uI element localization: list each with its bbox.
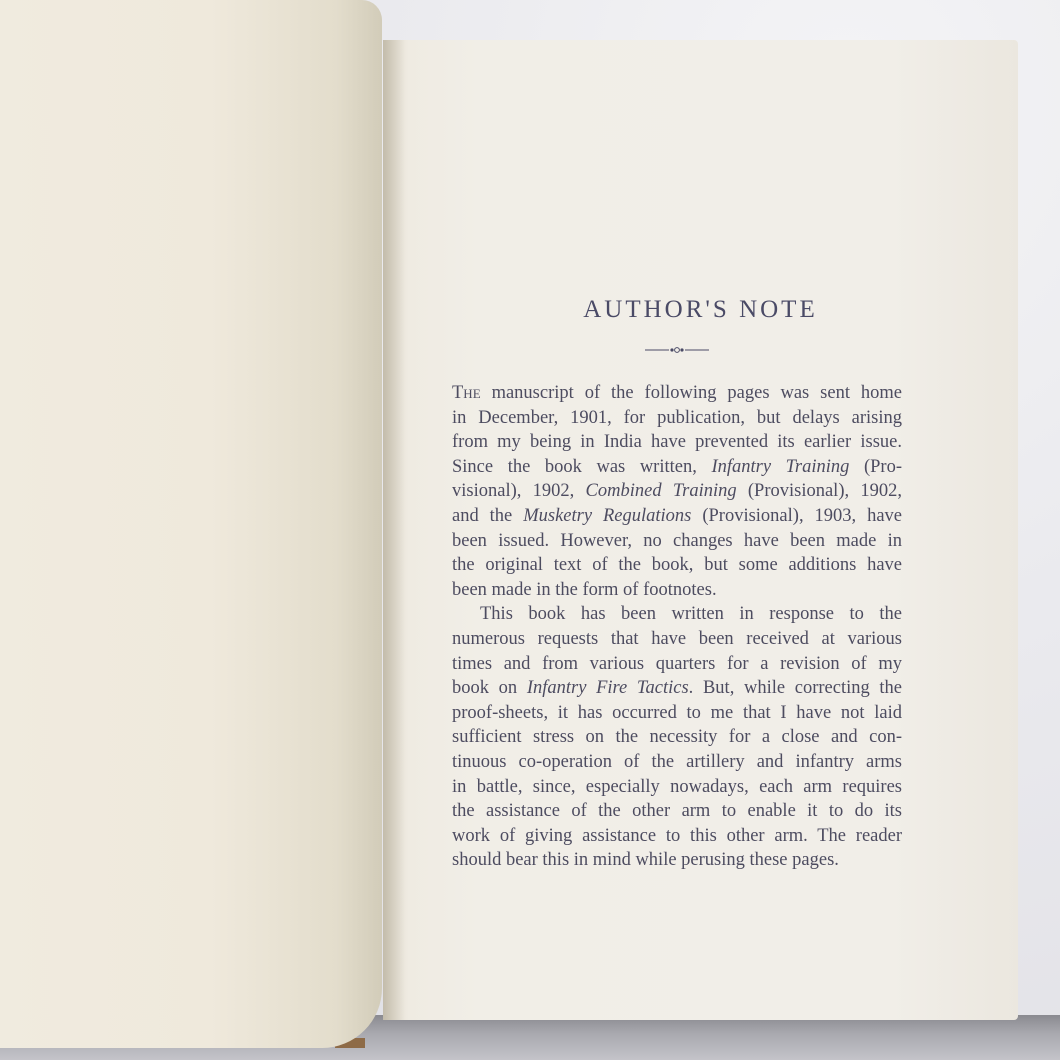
text-line: and the Musketry Regulations (Provisiona… xyxy=(452,504,902,529)
text-run: This book has been written in response t… xyxy=(480,604,902,624)
text-line: sufficient stress on the necessity for a… xyxy=(452,725,902,750)
text-run: times and from various quarters for a re… xyxy=(452,654,902,674)
book-title-text: Infantry Training xyxy=(711,457,849,477)
text-line: This book has been written in response t… xyxy=(452,602,902,627)
text-run: (Provisional), 1902, xyxy=(737,481,902,501)
text-line: times and from various quarters for a re… xyxy=(452,652,902,677)
text-run: from my being in India have prevented it… xyxy=(452,432,902,452)
paragraph: The manuscript of the following pages wa… xyxy=(452,381,902,602)
text-run: Since the book was written, xyxy=(452,457,711,477)
paragraph: This book has been written in response t… xyxy=(452,602,902,873)
page-gutter-shadow xyxy=(383,40,405,1020)
text-line: visional), 1902, Combined Training (Prov… xyxy=(452,479,902,504)
text-line: Since the book was written, Infantry Tra… xyxy=(452,455,902,480)
text-run: work of giving assistance to this other … xyxy=(452,826,902,846)
text-run: tinuous co-operation of the artillery an… xyxy=(452,752,902,772)
text-run: book on xyxy=(452,678,527,698)
text-run: should bear this in mind while perusing … xyxy=(452,850,839,870)
text-run: proof-sheets, it has occurred to me that… xyxy=(452,703,902,723)
text-run: . But, while correcting the xyxy=(689,678,902,698)
text-run: (Provisional), 1903, have xyxy=(691,506,902,526)
text-run: been made in the form of footnotes. xyxy=(452,580,717,600)
left-page-blank xyxy=(0,0,382,1048)
text-run: the original text of the book, but some … xyxy=(452,555,902,575)
book-title-text: Infantry Fire Tactics xyxy=(527,678,689,698)
text-line: book on Infantry Fire Tactics. But, whil… xyxy=(452,676,902,701)
text-line: been made in the form of footnotes. xyxy=(452,578,902,603)
text-run: and the xyxy=(452,506,523,526)
author-note-body: The manuscript of the following pages wa… xyxy=(452,381,902,873)
book-title-text: Musketry Regulations xyxy=(523,506,691,526)
text-run: the assistance of the other arm to enabl… xyxy=(452,801,902,821)
book-title-text: Combined Training xyxy=(586,481,737,501)
text-run: manuscript of the following pages was se… xyxy=(481,383,902,403)
text-line: the assistance of the other arm to enabl… xyxy=(452,799,902,824)
text-line: the original text of the book, but some … xyxy=(452,553,902,578)
text-run: visional), 1902, xyxy=(452,481,586,501)
fleuron-rule-icon xyxy=(645,344,709,356)
text-line: been issued. However, no changes have be… xyxy=(452,529,902,554)
text-run: numerous requests that have been receive… xyxy=(452,629,902,649)
text-line: from my being in India have prevented it… xyxy=(452,430,902,455)
text-run: in battle, since, especially nowadays, e… xyxy=(452,777,902,797)
text-run: (Pro- xyxy=(849,457,902,477)
text-run: been issued. However, no changes have be… xyxy=(452,531,902,551)
page-heading: AUTHOR'S NOTE xyxy=(383,296,1018,324)
text-line: in battle, since, especially nowadays, e… xyxy=(452,775,902,800)
text-line: proof-sheets, it has occurred to me that… xyxy=(452,701,902,726)
text-line: The manuscript of the following pages wa… xyxy=(452,381,902,406)
text-run: in December, 1901, for publication, but … xyxy=(452,408,902,428)
text-line: should bear this in mind while perusing … xyxy=(452,848,902,873)
text-run: sufficient stress on the necessity for a… xyxy=(452,727,902,747)
text-run: The xyxy=(452,383,481,403)
text-line: in December, 1901, for publication, but … xyxy=(452,406,902,431)
text-line: numerous requests that have been receive… xyxy=(452,627,902,652)
text-line: work of giving assistance to this other … xyxy=(452,824,902,849)
text-line: tinuous co-operation of the artillery an… xyxy=(452,750,902,775)
